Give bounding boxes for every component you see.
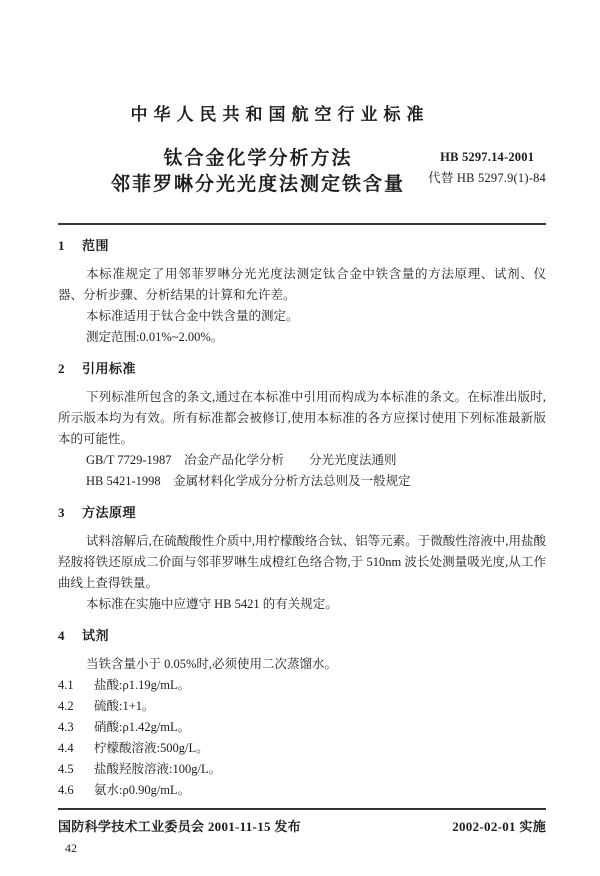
section-1-title: 范围 [82,238,109,253]
section-3-heading: 3方法原理 [58,503,546,523]
reagent-item-text: 氨水:ρ0.90g/mL。 [94,780,546,801]
effective-date: 2002-02-01 实施 [452,817,546,836]
standard-document-page: 中华人民共和国航空行业标准 钛合金化学分析方法 邻菲罗啉分光光度法测定铁含量 H… [0,0,600,876]
reagent-item-text: 柠檬酸溶液:500g/L。 [94,738,546,759]
page-number: 42 [58,840,546,856]
footer-row: 国防科学技术工业委员会 2001-11-15 发布 2002-02-01 实施 [58,817,546,836]
document-title-line1: 钛合金化学分析方法 [58,146,458,172]
section-2-title: 引用标准 [82,361,136,376]
reagent-item-text: 硫酸:1+1。 [94,696,546,717]
reagent-item: 4.2 硫酸:1+1。 [58,696,546,717]
reagent-item-number: 4.5 [58,759,94,780]
reagent-item-text: 硝酸:ρ1.42g/mL。 [94,717,546,738]
title-block: 钛合金化学分析方法 邻菲罗啉分光光度法测定铁含量 HB 5297.14-2001… [58,146,546,198]
section-4-intro: 当铁含量小于 0.05%时,必须使用二次蒸馏水。 [58,654,546,675]
reagent-item: 4.5 盐酸羟胺溶液:100g/L。 [58,759,546,780]
standard-number-block: HB 5297.14-2001 代替 HB 5297.9(1)-84 [428,147,546,189]
reagent-item-number: 4.6 [58,780,94,801]
section-3-paragraph-2: 本标准在实施中应遵守 HB 5421 的有关规定。 [58,594,546,615]
reagent-item: 4.6 氨水:ρ0.90g/mL。 [58,780,546,801]
supersedes-number: 代替 HB 5297.9(1)-84 [428,168,546,189]
section-4-heading: 4试剂 [58,626,546,646]
section-2-number: 2 [58,359,82,379]
section-4-title: 试剂 [82,628,109,643]
reagent-item-text: 盐酸羟胺溶液:100g/L。 [94,759,546,780]
section-1-number: 1 [58,236,82,256]
reagent-item-number: 4.3 [58,717,94,738]
reagent-item-number: 4.4 [58,738,94,759]
page-content: 中华人民共和国航空行业标准 钛合金化学分析方法 邻菲罗啉分光光度法测定铁含量 H… [58,0,546,856]
document-title-line2: 邻菲罗啉分光光度法测定铁含量 [58,172,458,198]
footer-divider [58,808,546,810]
section-1-paragraph-2: 本标准适用于钛合金中铁含量的测定。 [58,306,546,327]
section-2-paragraph-1: 下列标准所包含的条文,通过在本标准中引用而构成为本标准的条文。在标准出版时,所示… [58,387,546,450]
standard-number: HB 5297.14-2001 [440,147,546,168]
referenced-standard-1: GB/T 7729-1987 冶金产品化学分析 分光光度法通则 [58,450,546,471]
referenced-standard-2: HB 5421-1998 金属材料化学成分分析方法总则及一般规定 [58,471,546,492]
reagent-item-number: 4.1 [58,675,94,696]
section-3-paragraph-1: 试料溶解后,在硫酸酸性介质中,用柠檬酸络合钛、铝等元素。于微酸性溶液中,用盐酸羟… [58,531,546,594]
section-2-heading: 2引用标准 [58,359,546,379]
section-1-heading: 1范围 [58,236,546,256]
reagent-item: 4.3 硝酸:ρ1.42g/mL。 [58,717,546,738]
issuing-standard-name: 中华人民共和国航空行业标准 [58,0,546,127]
document-body: 1范围 本标准规定了用邻菲罗啉分光光度法测定钛合金中铁含量的方法原理、试剂、仪器… [58,236,546,801]
reagent-item: 4.4 柠檬酸溶液:500g/L。 [58,738,546,759]
issued-by-and-date: 国防科学技术工业委员会 2001-11-15 发布 [58,817,301,836]
section-1-paragraph-1: 本标准规定了用邻菲罗啉分光光度法测定钛合金中铁含量的方法原理、试剂、仪器、分析步… [58,264,546,306]
section-3-number: 3 [58,503,82,523]
header-divider [58,223,546,225]
reagent-item: 4.1 盐酸:ρ1.19g/mL。 [58,675,546,696]
section-1-paragraph-3: 测定范围:0.01%~2.00%。 [58,327,546,348]
section-3-title: 方法原理 [82,505,136,520]
reagent-item-number: 4.2 [58,696,94,717]
section-4-number: 4 [58,626,82,646]
reagent-item-text: 盐酸:ρ1.19g/mL。 [94,675,546,696]
